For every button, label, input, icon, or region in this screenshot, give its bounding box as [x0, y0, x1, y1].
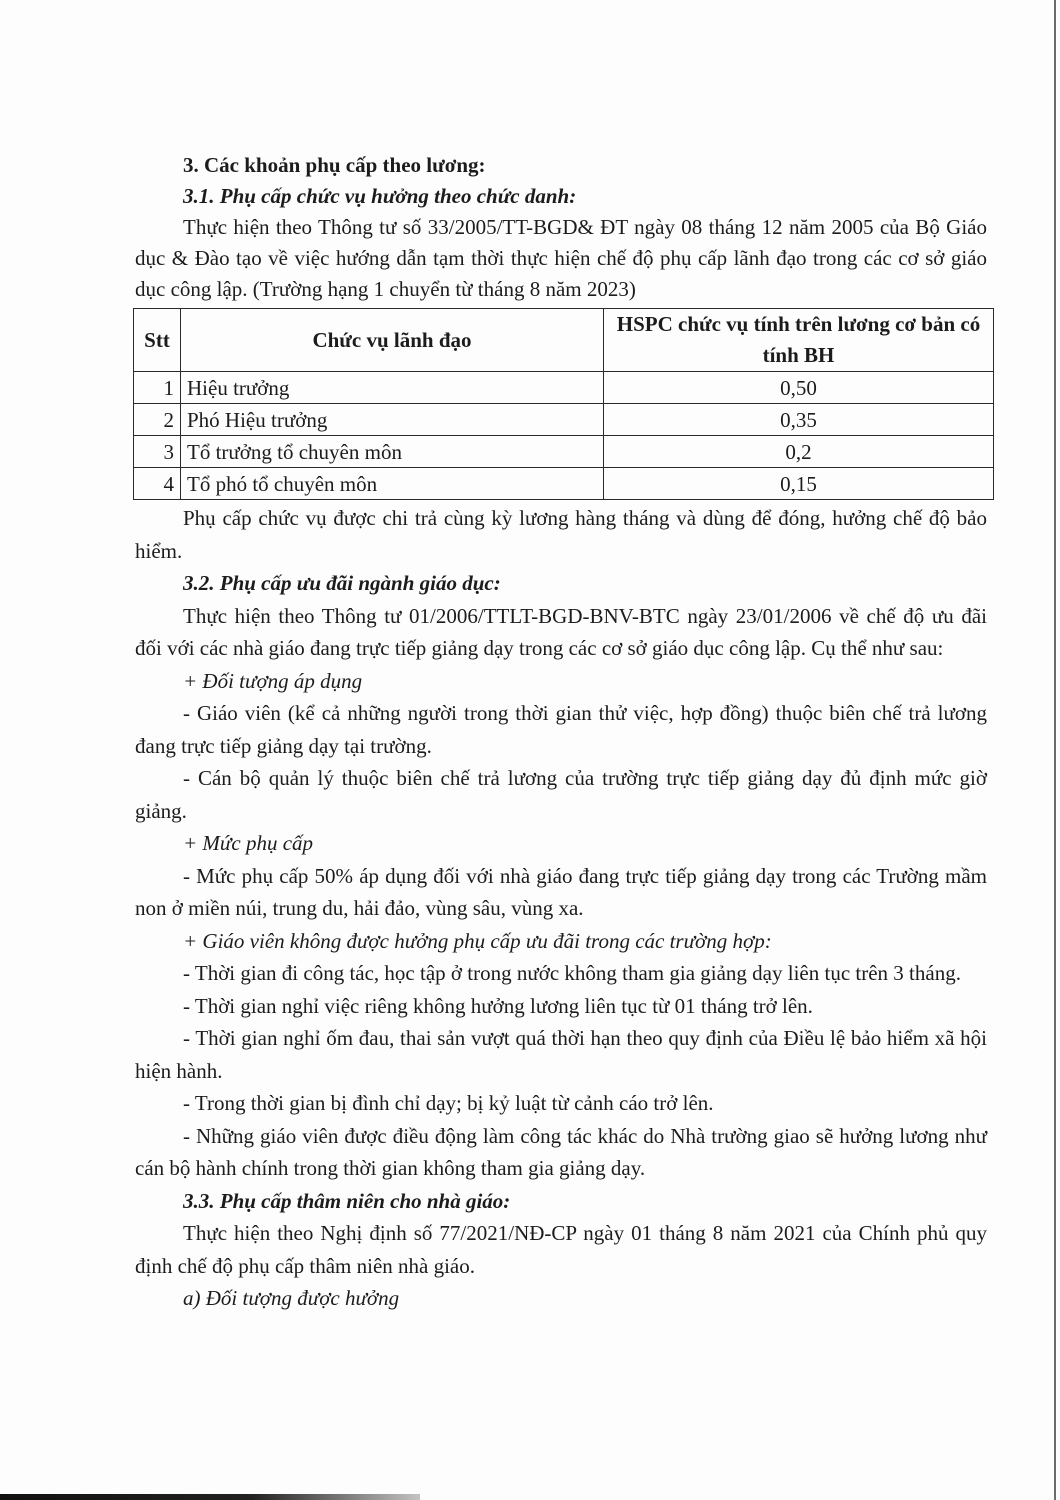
subsection-3-1-intro: Thực hiện theo Thông tư số 33/2005/TT-BG…	[135, 212, 987, 305]
cell-coefficient: 0,50	[604, 372, 994, 404]
cell-coefficient: 0,15	[604, 468, 994, 500]
cell-position: Phó Hiệu trưởng	[181, 404, 604, 436]
column-header-stt: Stt	[134, 309, 181, 372]
table-row: 3 Tổ trưởng tổ chuyên môn 0,2	[134, 436, 994, 468]
table-row: 2 Phó Hiệu trưởng 0,35	[134, 404, 994, 436]
rate-item: - Mức phụ cấp 50% áp dụng đối với nhà gi…	[135, 860, 987, 925]
subsection-3-3-title: 3.3. Phụ cấp thâm niên cho nhà giáo:	[135, 1185, 987, 1218]
subsection-3-3-intro: Thực hiện theo Nghị định số 77/2021/NĐ-C…	[135, 1217, 987, 1282]
exclusion-item: - Thời gian đi công tác, học tập ở trong…	[135, 957, 987, 990]
cell-stt: 3	[134, 436, 181, 468]
table-header-row: Stt Chức vụ lãnh đạo HSPC chức vụ tính t…	[134, 309, 994, 372]
column-header-position: Chức vụ lãnh đạo	[181, 309, 604, 372]
leadership-allowance-table: Stt Chức vụ lãnh đạo HSPC chức vụ tính t…	[133, 308, 994, 500]
cell-stt: 4	[134, 468, 181, 500]
cell-coefficient: 0,35	[604, 404, 994, 436]
cell-stt: 2	[134, 404, 181, 436]
cell-position: Hiệu trưởng	[181, 372, 604, 404]
subsection-3-2-title: 3.2. Phụ cấp ưu đãi ngành giáo dục:	[135, 567, 987, 600]
cell-coefficient: 0,2	[604, 436, 994, 468]
table-row: 4 Tổ phó tổ chuyên môn 0,15	[134, 468, 994, 500]
rate-label: + Mức phụ cấp	[135, 827, 987, 860]
table-row: 1 Hiệu trưởng 0,50	[134, 372, 994, 404]
scan-shadow	[0, 1494, 420, 1500]
cell-position: Tổ phó tổ chuyên môn	[181, 468, 604, 500]
subsection-3-3-subject-label: a) Đối tượng được hưởng	[135, 1282, 987, 1315]
exclusion-item: - Trong thời gian bị đình chỉ dạy; bị kỷ…	[135, 1087, 987, 1120]
exclusion-item: - Thời gian nghỉ việc riêng không hưởng …	[135, 990, 987, 1023]
subsection-3-1-title: 3.1. Phụ cấp chức vụ hưởng theo chức dan…	[135, 181, 987, 212]
cell-position: Tổ trưởng tổ chuyên môn	[181, 436, 604, 468]
section-heading: 3. Các khoản phụ cấp theo lương:	[135, 150, 987, 181]
after-table-content: Phụ cấp chức vụ được chi trả cùng kỳ lươ…	[135, 502, 987, 1315]
subject-label: + Đối tượng áp dụng	[135, 665, 987, 698]
cell-stt: 1	[134, 372, 181, 404]
document-body: 3. Các khoản phụ cấp theo lương: 3.1. Ph…	[135, 150, 987, 1315]
exclusion-item: - Thời gian nghỉ ốm đau, thai sản vượt q…	[135, 1022, 987, 1087]
subject-item: - Cán bộ quản lý thuộc biên chế trả lươn…	[135, 762, 987, 827]
subject-item: - Giáo viên (kể cả những người trong thờ…	[135, 697, 987, 762]
column-header-coefficient: HSPC chức vụ tính trên lương cơ bản có t…	[604, 309, 994, 372]
subsection-3-2-intro: Thực hiện theo Thông tư 01/2006/TTLT-BGD…	[135, 600, 987, 665]
subsection-3-1-note: Phụ cấp chức vụ được chi trả cùng kỳ lươ…	[135, 502, 987, 567]
exclusion-label: + Giáo viên không được hưởng phụ cấp ưu …	[135, 925, 987, 958]
exclusion-item: - Những giáo viên được điều động làm côn…	[135, 1120, 987, 1185]
scan-page-edge	[1054, 0, 1056, 1500]
